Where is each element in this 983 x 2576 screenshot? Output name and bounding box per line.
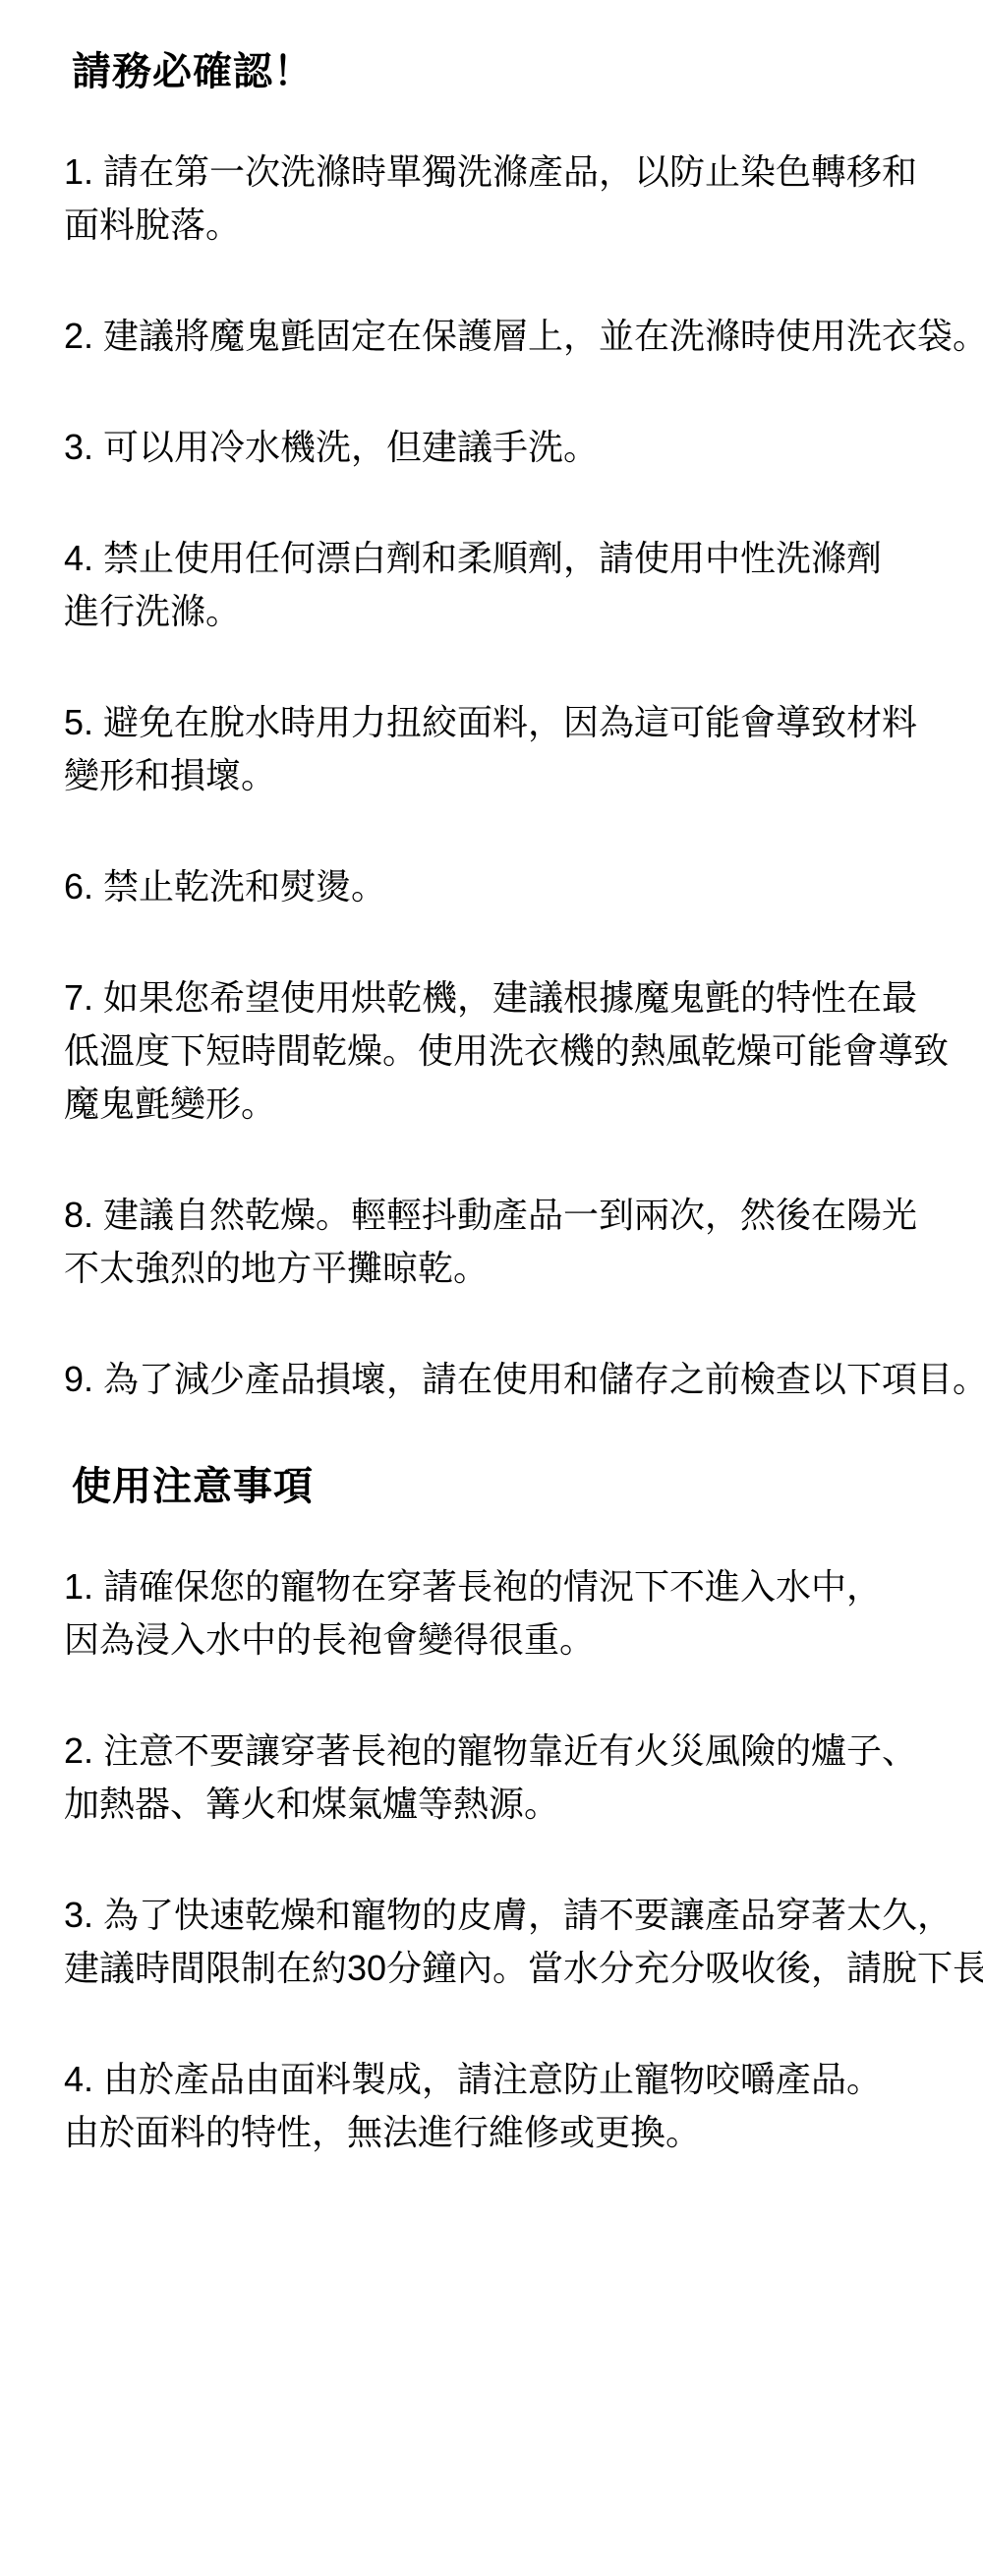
instruction-item: 3. 為了快速乾燥和寵物的皮膚，請不要讓產品穿著太久， 建議時間限制在約30分鐘… bbox=[64, 1889, 983, 1995]
instruction-item: 1. 請在第一次洗滌時單獨洗滌產品，以防止染色轉移和 面料脫落。 bbox=[64, 146, 983, 252]
instruction-item: 4. 由於產品由面料製成，請注意防止寵物咬嚼產品。 由於面料的特性，無法進行維修… bbox=[64, 2053, 983, 2159]
instruction-item: 4. 禁止使用任何漂白劑和柔順劑，請使用中性洗滌劑 進行洗滌。 bbox=[64, 532, 983, 638]
instruction-item: 2. 建議將魔鬼氈固定在保護層上，並在洗滌時使用洗衣袋。 bbox=[64, 310, 983, 363]
instruction-item: 2. 注意不要讓穿著長袍的寵物靠近有火災風險的爐子、 加熱器、篝火和煤氣爐等熱源… bbox=[64, 1725, 983, 1831]
instruction-item: 8. 建議自然乾燥。輕輕抖動產品一到兩次，然後在陽光 不太強烈的地方平攤晾乾。 bbox=[64, 1189, 983, 1295]
instruction-item: 3. 可以用冷水機洗，但建議手洗。 bbox=[64, 421, 983, 474]
instruction-item: 7. 如果您希望使用烘乾機，建議根據魔鬼氈的特性在最 低溫度下短時間乾燥。使用洗… bbox=[64, 971, 983, 1131]
section-title-usage-precautions: 使用注意事項 bbox=[72, 1464, 983, 1509]
section-title-wash-confirmation: 請務必確認！ bbox=[72, 49, 983, 94]
instruction-item: 9. 為了減少產品損壞，請在使用和儲存之前檢查以下項目。 bbox=[64, 1353, 983, 1406]
instruction-item: 5. 避免在脫水時用力扭絞面料，因為這可能會導致材料 變形和損壞。 bbox=[64, 696, 983, 802]
instruction-item: 1. 請確保您的寵物在穿著長袍的情況下不進入水中， 因為浸入水中的長袍會變得很重… bbox=[64, 1560, 983, 1667]
instruction-item: 6. 禁止乾洗和熨燙。 bbox=[64, 860, 983, 913]
care-instructions-document: 請務必確認！ 1. 請在第一次洗滌時單獨洗滌產品，以防止染色轉移和 面料脫落。 … bbox=[0, 0, 983, 2159]
